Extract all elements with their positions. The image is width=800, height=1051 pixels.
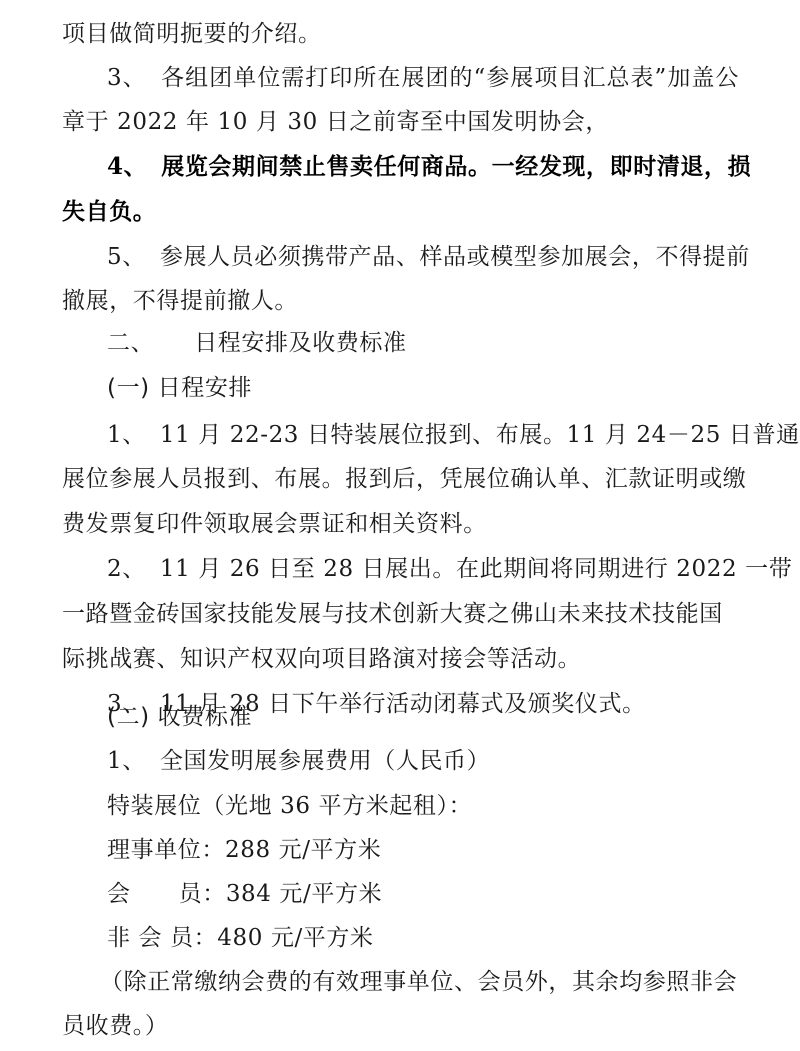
line-text: （除正常缴纳会费的有效理事单位、会员外，其余均参照非会 (100, 969, 737, 995)
fee-row-nonmember: 非 会 员：480 元/平方米 (107, 924, 787, 952)
line-text: 一路暨金砖国家技能发展与技术创新大赛之佛山未来技术技能国 (62, 601, 723, 627)
item-number: 5、 (107, 244, 146, 270)
line-text: 撤展，不得提前撤人。 (62, 288, 298, 314)
line-text: 费发票复印件领取展会票证和相关资料。 (62, 511, 487, 537)
fee-row-council: 理事单位：288 元/平方米 (107, 836, 787, 864)
list-item-3: 3、各组团单位需打印所在展团的“参展项目汇总表”加盖公 (107, 64, 739, 92)
line-text: 章于 2022 年 10 月 30 日之前寄至中国发明协会， (62, 109, 609, 135)
fee-booth-type: 特装展位（光地 36 平方米起租）： (107, 792, 787, 820)
item-number: 1、 (107, 748, 146, 774)
line-text: 11 月 26 日至 28 日展出。在此期间将同期进行 2022 一带 (160, 556, 793, 582)
list-item-5: 5、参展人员必须携带产品、样品或模型参加展会，不得提前 (107, 243, 787, 271)
paragraph-line: 员收费。） (62, 1012, 742, 1040)
paragraph-line: 费发票复印件领取展会票证和相关资料。 (62, 510, 742, 538)
subsection-heading-fees-title: (二) 收费标准 (107, 697, 787, 725)
item-number: 4、 (107, 153, 147, 180)
item-number: 1、 (107, 422, 146, 448)
section-heading-2: 二、日程安排及收费标准 (107, 329, 787, 357)
subsection-heading-schedule: (一) 日程安排 (107, 374, 787, 402)
item-number: 2、 (107, 556, 146, 582)
fee-label: 理事单位： (107, 837, 225, 863)
subsection-title: (一) 日程安排 (107, 375, 252, 401)
section-title: 日程安排及收费标准 (194, 330, 406, 356)
schedule-item-1: 1、11 月 22-23 日特装展位报到、布展。11 月 24－25 日普通 (107, 421, 787, 449)
section-number: 二、 (107, 330, 154, 356)
item-number: 3、 (107, 65, 147, 91)
paragraph-line: 一路暨金砖国家技能发展与技术创新大赛之佛山未来技术技能国 (62, 600, 742, 628)
fee-value: 384 元/平方米 (226, 881, 382, 907)
line-text: 展位参展人员报到、布展。报到后，凭展位确认单、汇款证明或缴 (62, 466, 746, 492)
fee-label: 非 会 员： (107, 925, 217, 951)
line-text: 参展人员必须携带产品、样品或模型参加展会，不得提前 (160, 244, 750, 270)
list-item-4: 4、展览会期间禁止售卖任何商品。一经发现，即时清退，损 (107, 153, 787, 181)
fee-row-member: 会员：384 元/平方米 (107, 880, 787, 908)
line-text: 失自负。 (62, 198, 156, 225)
line-text: 际挑战赛、知识产权双向项目路演对接会等活动。 (62, 646, 581, 672)
paragraph-line: 失自负。 (62, 198, 742, 226)
paragraph-line: 章于 2022 年 10 月 30 日之前寄至中国发明协会， (62, 108, 742, 136)
line-text: 员收费。） (62, 1013, 169, 1039)
paragraph-line: 展位参展人员报到、布展。报到后，凭展位确认单、汇款证明或缴 (62, 465, 742, 493)
fee-label: 会 (107, 881, 131, 907)
fee-value: 288 元/平方米 (225, 837, 381, 863)
fee-item-1: 1、全国发明展参展费用（人民币） (107, 747, 787, 775)
paragraph-line: 际挑战赛、知识产权双向项目路演对接会等活动。 (62, 645, 742, 673)
subsection-title: (二) 收费标准 (107, 704, 252, 730)
line-text: 展览会期间禁止售卖任何商品。一经发现，即时清退，损 (161, 153, 751, 180)
fee-note: （除正常缴纳会费的有效理事单位、会员外，其余均参照非会 (100, 968, 780, 996)
document-page: 项目做简明扼要的介绍。 3、各组团单位需打印所在展团的“参展项目汇总表”加盖公 … (0, 0, 800, 1051)
fee-label: 员： (179, 881, 226, 907)
line-text: 特装展位（光地 36 平方米起租）： (107, 793, 472, 819)
line-text: 各组团单位需打印所在展团的“参展项目汇总表”加盖公 (161, 65, 739, 91)
line-text: 全国发明展参展费用（人民币） (160, 748, 490, 774)
schedule-item-2: 2、11 月 26 日至 28 日展出。在此期间将同期进行 2022 一带 (107, 555, 787, 583)
paragraph-line: 项目做简明扼要的介绍。 (62, 20, 322, 48)
line-text: 项目做简明扼要的介绍。 (62, 21, 322, 47)
fee-value: 480 元/平方米 (217, 925, 373, 951)
paragraph-line: 撤展，不得提前撤人。 (62, 287, 742, 315)
line-text: 11 月 22-23 日特装展位报到、布展。11 月 24－25 日普通 (160, 422, 800, 448)
